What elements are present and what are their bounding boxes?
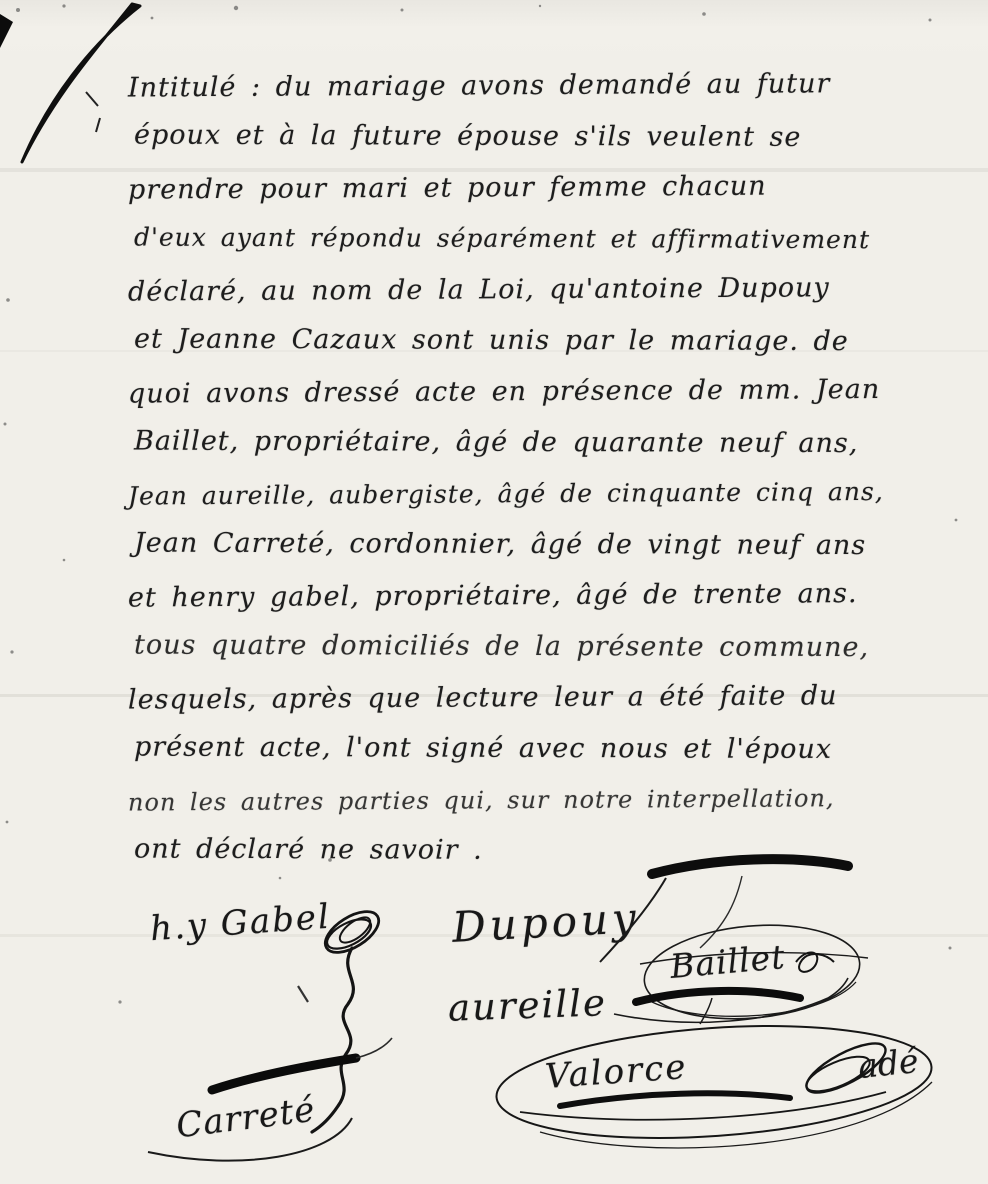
manuscript-line-9: Jean aureille, aubergiste, âgé de cinqua…: [128, 465, 966, 521]
manuscript-line-11: et henry gabel, propriétaire, âgé de tre…: [128, 567, 966, 623]
signature-baillet: Baillet: [669, 937, 787, 986]
document-page: Intitulé : du mariage avons demandé au f…: [0, 0, 988, 1184]
manuscript-line-12: tous quatre domiciliés de la présente co…: [134, 620, 966, 674]
signature-valorce: Valorce: [544, 1047, 689, 1097]
signature-carrete: Carreté: [174, 1090, 318, 1147]
signature-dupouy: Dupouy: [451, 893, 641, 952]
manuscript-line-5: déclaré, au nom de la Loi, qu'antoine Du…: [128, 261, 966, 317]
manuscript-line-10: Jean Carreté, cordonnier, âgé de vingt n…: [134, 518, 966, 572]
manuscript-line-7: quoi avons dressé acte en présence de mm…: [128, 363, 966, 419]
signature-valorce-tail: adé: [856, 1041, 920, 1086]
signature-gabel: h.y Gabel: [149, 897, 332, 950]
manuscript-line-15: non les autres parties qui, sur notre in…: [128, 771, 966, 827]
manuscript-line-4: d'eux ayant répondu séparément et affirm…: [134, 212, 966, 266]
signature-aureille: aureille: [447, 981, 607, 1030]
manuscript-line-14: présent acte, l'ont signé avec nous et l…: [134, 722, 966, 776]
manuscript-line-8: Baillet, propriétaire, âgé de quarante n…: [134, 416, 966, 470]
manuscript-line-13: lesquels, après que lecture leur a été f…: [128, 669, 966, 725]
manuscript-line-6: et Jeanne Cazaux sont unis par le mariag…: [134, 314, 966, 368]
manuscript-line-16: ont déclaré ne savoir .: [134, 824, 966, 878]
top-left-stroke: [0, 4, 140, 162]
manuscript-line-1: Intitulé : du mariage avons demandé au f…: [128, 57, 966, 113]
manuscript-line-2: époux et à la future épouse s'ils veulen…: [134, 110, 966, 164]
manuscript-line-3: prendre pour mari et pour femme chacun: [128, 159, 966, 215]
manuscript-text: Intitulé : du mariage avons demandé au f…: [128, 60, 966, 876]
